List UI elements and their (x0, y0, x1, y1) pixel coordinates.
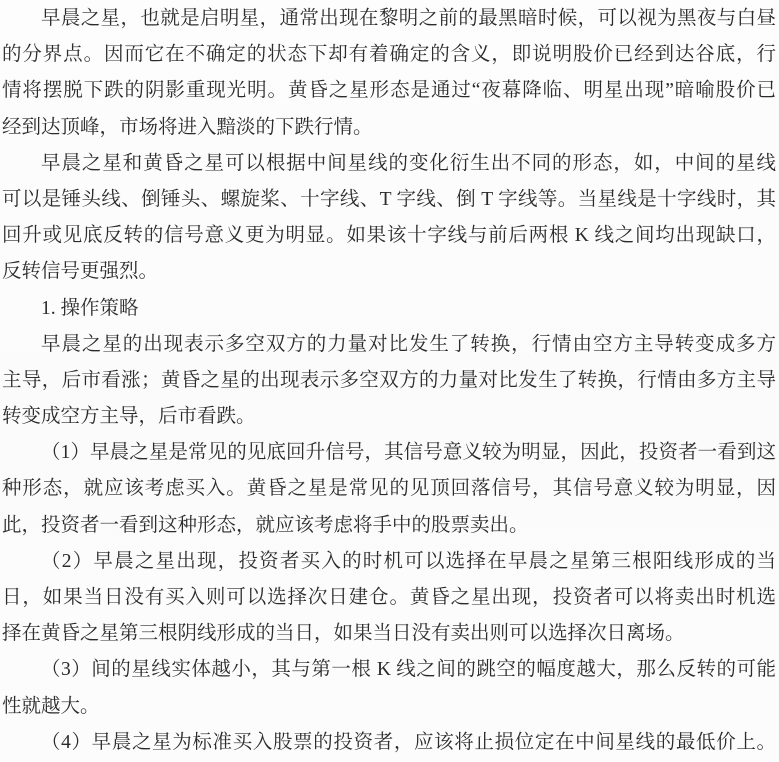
text-line: 转变成空方主导，后市看跌。 (2, 399, 776, 435)
text-line: 经到达顶峰，市场将进入黯淡的下跌行情。 (2, 110, 776, 146)
text-line: （3）间的星线实体越小，其与第一根 K 线之间的跳空的幅度越大，那么反转的可能 (2, 652, 776, 688)
paragraph-strategy-overview: 早晨之星的出现表示多空双方的力量对比发生了转换，行情由空方主导转变成多方 主导，… (2, 327, 776, 436)
text-line: 此，投资者一看到这种形态，就应该考虑将手中的股票卖出。 (2, 508, 776, 544)
section-heading-operation-strategy: 1. 操作策略 (2, 291, 776, 327)
text-line: 性就越大。 (2, 689, 776, 725)
text-line: 反转信号更强烈。 (2, 254, 776, 290)
paragraph-intro-morning-star: 早晨之星，也就是启明星，通常出现在黎明之前的最黑暗时候，可以视为黑夜与白昼 的分… (2, 1, 776, 146)
text-line: （1）早晨之星是常见的见底回升信号，其信号意义较为明显，因此，投资者一看到这 (2, 435, 776, 471)
text-line: 日，如果当日没有买入则可以选择次日建仓。黄昏之星出现，投资者可以将卖出时机选 (2, 580, 776, 616)
text-line: 的分界点。因而它在不确定的状态下却有着确定的含义，即说明股价已经到达谷底，行 (2, 37, 776, 73)
section-heading: 1. 操作策略 (2, 291, 776, 327)
text-line: （4）早晨之星为标准买入股票的投资者，应该将止损位定在中间星线的最低价上。 (2, 725, 776, 761)
text-line: （2）早晨之星出现，投资者买入的时机可以选择在早晨之星第三根阳线形成的当 (2, 544, 776, 580)
list-item-1: （1）早晨之星是常见的见底回升信号，其信号意义较为明显，因此，投资者一看到这 种… (2, 435, 776, 544)
text-line: 早晨之星，也就是启明星，通常出现在黎明之前的最黑暗时候，可以视为黑夜与白昼 (2, 1, 776, 37)
text-line: 主导，后市看涨；黄昏之星的出现表示多空双方的力量对比发生了转换，行情由多方主导 (2, 363, 776, 399)
text-line: 择在黄昏之星第三根阴线形成的当日，如果当日没有卖出则可以选择次日离场。 (2, 616, 776, 652)
text-line: 早晨之星的出现表示多空双方的力量对比发生了转换，行情由空方主导转变成多方 (2, 327, 776, 363)
list-item-4: （4）早晨之星为标准买入股票的投资者，应该将止损位定在中间星线的最低价上。 (2, 725, 776, 761)
list-item-2: （2）早晨之星出现，投资者买入的时机可以选择在早晨之星第三根阳线形成的当 日，如… (2, 544, 776, 653)
text-line: 可以是锤头线、倒锤头、螺旋桨、十字线、T 字线、倒 T 字线等。当星线是十字线时… (2, 182, 776, 218)
document-page: 早晨之星，也就是启明星，通常出现在黎明之前的最黑暗时候，可以视为黑夜与白昼 的分… (0, 0, 779, 762)
text-line: 种形态，就应该考虑买入。黄昏之星是常见的见顶回落信号，其信号意义较为明显，因 (2, 471, 776, 507)
list-item-3: （3）间的星线实体越小，其与第一根 K 线之间的跳空的幅度越大，那么反转的可能 … (2, 652, 776, 724)
text-line: 回升或见底反转的信号意义更为明显。如果该十字线与前后两根 K 线之间均出现缺口， (2, 218, 776, 254)
text-line: 情将摆脱下跌的阴影重现光明。黄昏之星形态是通过“夜幕降临、明星出现”暗喻股价已 (2, 73, 776, 109)
paragraph-star-variants: 早晨之星和黄昏之星可以根据中间星线的变化衍生出不同的形态，如，中间的星线 可以是… (2, 146, 776, 291)
text-line: 早晨之星和黄昏之星可以根据中间星线的变化衍生出不同的形态，如，中间的星线 (2, 146, 776, 182)
